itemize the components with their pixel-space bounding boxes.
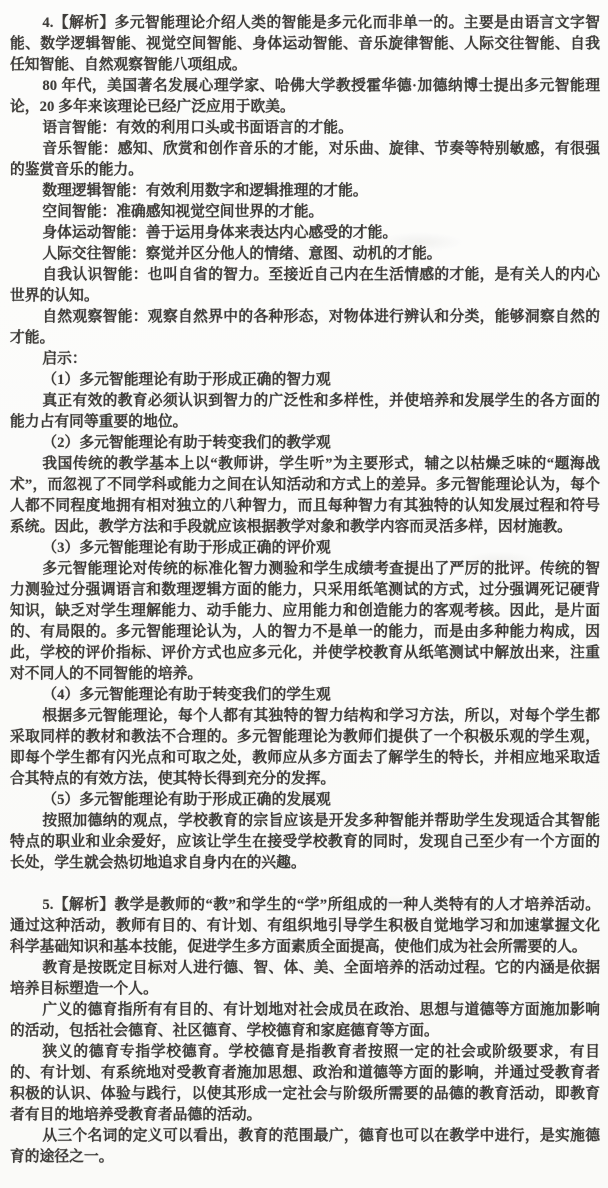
paragraph: 音乐智能：感知、欣赏和创作音乐的才能，对乐曲、旋律、节奏等特别敏感，有很强的鉴赏…: [10, 139, 600, 181]
paragraph: 广义的德育指所有有目的、有计划地对社会成员在政治、思想与道德等方面施加影响的活动…: [10, 1000, 600, 1042]
paragraph: 多元智能理论对传统的标准化智力测验和学生成绩考查提出了严厉的批评。传统的智力测验…: [10, 559, 600, 685]
paragraph: 5.【解析】教学是教师的“教”和学生的“学”所组成的一种人类特有的人才培养活动。…: [10, 895, 600, 958]
paragraph: （3）多元智能理论有助于形成正确的评价观: [10, 538, 600, 559]
paragraph: 狭义的德育专指学校德育。学校德育是指教育者按照一定的社会或阶级要求，有目的、有计…: [10, 1042, 600, 1126]
paragraph: 教育是按既定目标对人进行德、智、体、美、全面培养的活动过程。它的内涵是依据培养目…: [10, 958, 600, 1000]
paragraph: 根据多元智能理论，每个人都有其独特的智力结构和学习方法，所以，对每个学生都采取同…: [10, 706, 600, 790]
paragraph: 我国传统的教学基本上以“教师讲，学生听”为主要形式，辅之以枯燥乏味的“题海战术”…: [10, 454, 600, 538]
paragraph: 按照加德纳的观点，学校教育的宗旨应该是开发多种智能并帮助学生发现适合其智能特点的…: [10, 811, 600, 874]
paragraph: 人际交往智能：察觉并区分他人的情绪、意图、动机的才能。: [10, 244, 600, 265]
paragraph: 空间智能：准确感知视觉空间世界的才能。: [10, 202, 600, 223]
paragraph: 自我认识智能：也叫自省的智力。至接近自己内在生活情感的才能，是有关人的内心世界的…: [10, 265, 600, 307]
paragraph: 数理逻辑智能：有效利用数字和逻辑推理的才能。: [10, 181, 600, 202]
paragraph: 启示：: [10, 349, 600, 370]
paragraph: 80 年代，美国著名发展心理学家、哈佛大学教授霍华德·加德纳博士提出多元智能理论…: [10, 76, 600, 118]
paragraph: 从三个名词的定义可以看出，教育的范围最广，德育也可以在教学中进行，是实施德育的途…: [10, 1126, 600, 1168]
paragraph: 真正有效的教育必须认识到智力的广泛性和多样性，并使培养和发展学生的各方面的能力占…: [10, 391, 600, 433]
paragraph: （1）多元智能理论有助于形成正确的智力观: [10, 370, 600, 391]
paragraph: 身体运动智能：善于运用身体来表达内心感受的才能。: [10, 223, 600, 244]
document-page: 4.【解析】多元智能理论介绍人类的智能是多元化而非单一的。主要是由语言文字智能、…: [0, 0, 608, 1188]
paragraph: （5）多元智能理论有助于形成正确的发展观: [10, 790, 600, 811]
paragraph: （2）多元智能理论有助于转变我们的教学观: [10, 433, 600, 454]
document-text: 4.【解析】多元智能理论介绍人类的智能是多元化而非单一的。主要是由语言文字智能、…: [10, 13, 600, 1168]
paragraph: 语言智能：有效的利用口头或书面语言的才能。: [10, 118, 600, 139]
paragraph: （4）多元智能理论有助于转变我们的学生观: [10, 685, 600, 706]
paragraph: 4.【解析】多元智能理论介绍人类的智能是多元化而非单一的。主要是由语言文字智能、…: [10, 13, 600, 76]
paragraph: 自然观察智能：观察自然界中的各种形态，对物体进行辨认和分类，能够洞察自然的才能。: [10, 307, 600, 349]
